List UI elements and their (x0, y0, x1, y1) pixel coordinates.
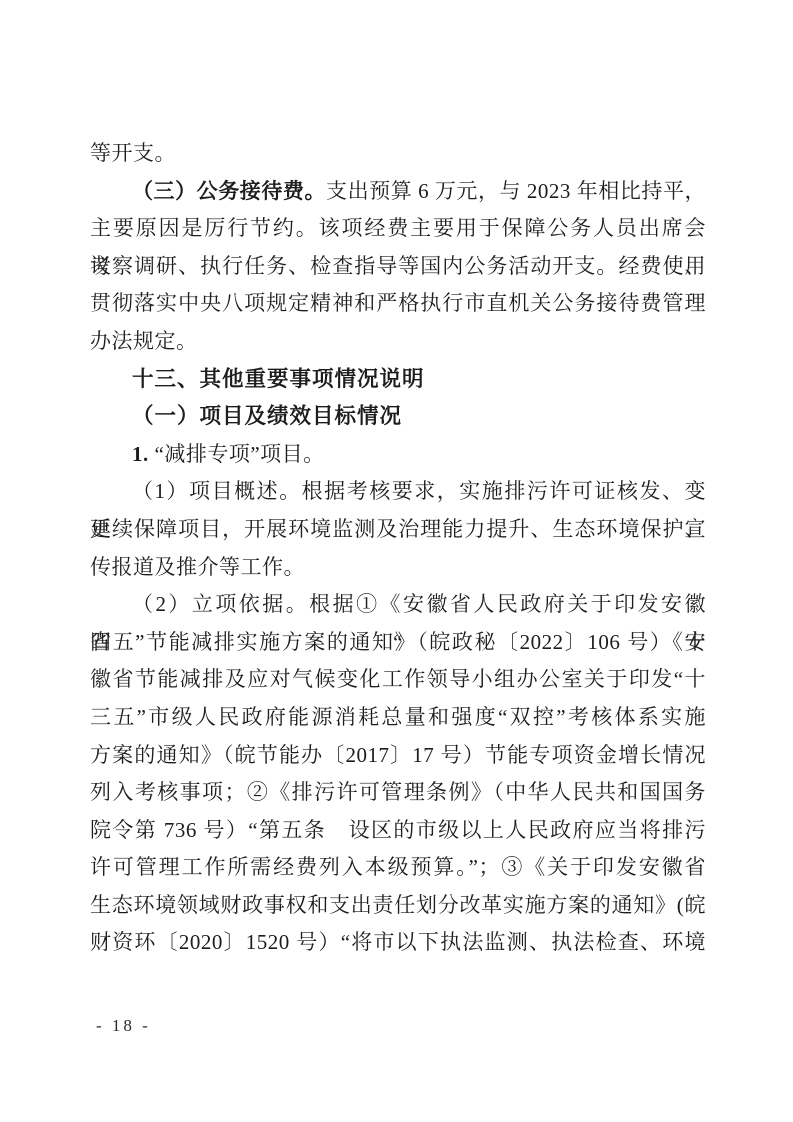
text-line: 四五”节能减排实施方案的通知》（皖政秘〔2022〕106 号）《安 (90, 624, 706, 662)
text-line: 许可管理工作所需经费列入本级预算。”；③《关于印发安徽省 (90, 849, 706, 887)
text-line: 传报道及推介等工作。 (90, 549, 706, 587)
text-line: 院令第 736 号）“第五条 设区的市级以上人民政府应当将排污 (90, 812, 706, 850)
text-segment: 列入考核事项；②《排污许可管理条例》（中华人民共和国国务 (90, 780, 706, 804)
text-line: 等开支。 (90, 135, 706, 173)
bold-text-segment: （一）项目及绩效目标情况 (132, 404, 402, 428)
text-segment: 财资环〔2020〕1520 号）“将市以下执法监测、执法检查、环境 (90, 930, 706, 954)
text-line: 办法规定。 (90, 323, 706, 361)
text-segment: 等开支。 (90, 141, 176, 165)
text-line: 财资环〔2020〕1520 号）“将市以下执法监测、执法检查、环境 (90, 924, 706, 962)
bold-text-segment: 1. (132, 442, 149, 466)
document-body: 等开支。（三）公务接待费。支出预算 6 万元，与 2023 年相比持平，主要原因… (90, 135, 706, 962)
text-segment: 生态环境领域财政事权和支出责任划分改革实施方案的通知》(皖 (90, 893, 706, 917)
text-segment: 贯彻落实中央八项规定精神和严格执行市直机关公务接待费管理 (90, 291, 706, 315)
text-segment: 延续保障项目，开展环境监测及治理能力提升、生态环境保护宣 (90, 517, 706, 541)
text-line: 主要原因是厉行节约。该项经费主要用于保障公务人员出席会议、 (90, 210, 706, 248)
text-segment: 许可管理工作所需经费列入本级预算。”；③《关于印发安徽省 (90, 855, 706, 879)
text-segment: 院令第 736 号）“第五条 设区的市级以上人民政府应当将排污 (90, 818, 706, 842)
text-segment: “减排专项”项目。 (149, 442, 325, 466)
text-segment: 方案的通知》（皖节能办〔2017〕17 号）节能专项资金增长情况 (90, 743, 706, 767)
text-segment: 考察调研、执行任务、检查指导等国内公务活动开支。经费使用 (90, 254, 706, 278)
text-segment: 四五”节能减排实施方案的通知》（皖政秘〔2022〕106 号）《安 (90, 630, 706, 654)
heading-line: 十三、其他重要事项情况说明 (90, 361, 706, 399)
text-segment: 三五”市级人民政府能源消耗总量和强度“双控”考核体系实施 (90, 705, 706, 729)
text-segment: 传报道及推介等工作。 (90, 555, 305, 579)
text-line: 1. “减排专项”项目。 (90, 436, 706, 474)
text-line: 考察调研、执行任务、检查指导等国内公务活动开支。经费使用 (90, 248, 706, 286)
text-line: 延续保障项目，开展环境监测及治理能力提升、生态环境保护宣 (90, 511, 706, 549)
text-segment: 徽省节能减排及应对气候变化工作领导小组办公室关于印发“十 (90, 667, 706, 691)
text-line: （1）项目概述。根据考核要求，实施排污许可证核发、变更、 (90, 473, 706, 511)
bold-text-segment: 十三、其他重要事项情况说明 (132, 367, 425, 391)
text-line: （2）立项依据。根据①《安徽省人民政府关于印发安徽省“十 (90, 586, 706, 624)
bold-text-segment: （三）公务接待费。 (132, 179, 326, 203)
text-line: 三五”市级人民政府能源消耗总量和强度“双控”考核体系实施 (90, 699, 706, 737)
text-line: 列入考核事项；②《排污许可管理条例》（中华人民共和国国务 (90, 774, 706, 812)
text-line: 方案的通知》（皖节能办〔2017〕17 号）节能专项资金增长情况 (90, 737, 706, 775)
document-page: 等开支。（三）公务接待费。支出预算 6 万元，与 2023 年相比持平，主要原因… (0, 0, 793, 1122)
text-line: 贯彻落实中央八项规定精神和严格执行市直机关公务接待费管理 (90, 285, 706, 323)
text-segment: 支出预算 6 万元，与 2023 年相比持平， (326, 179, 706, 203)
page-number: - 18 - (96, 1012, 151, 1040)
text-line: （三）公务接待费。支出预算 6 万元，与 2023 年相比持平， (90, 173, 706, 211)
heading-line: （一）项目及绩效目标情况 (90, 398, 706, 436)
text-line: 徽省节能减排及应对气候变化工作领导小组办公室关于印发“十 (90, 661, 706, 699)
text-line: 生态环境领域财政事权和支出责任划分改革实施方案的通知》(皖 (90, 887, 706, 925)
text-segment: 办法规定。 (90, 329, 198, 353)
